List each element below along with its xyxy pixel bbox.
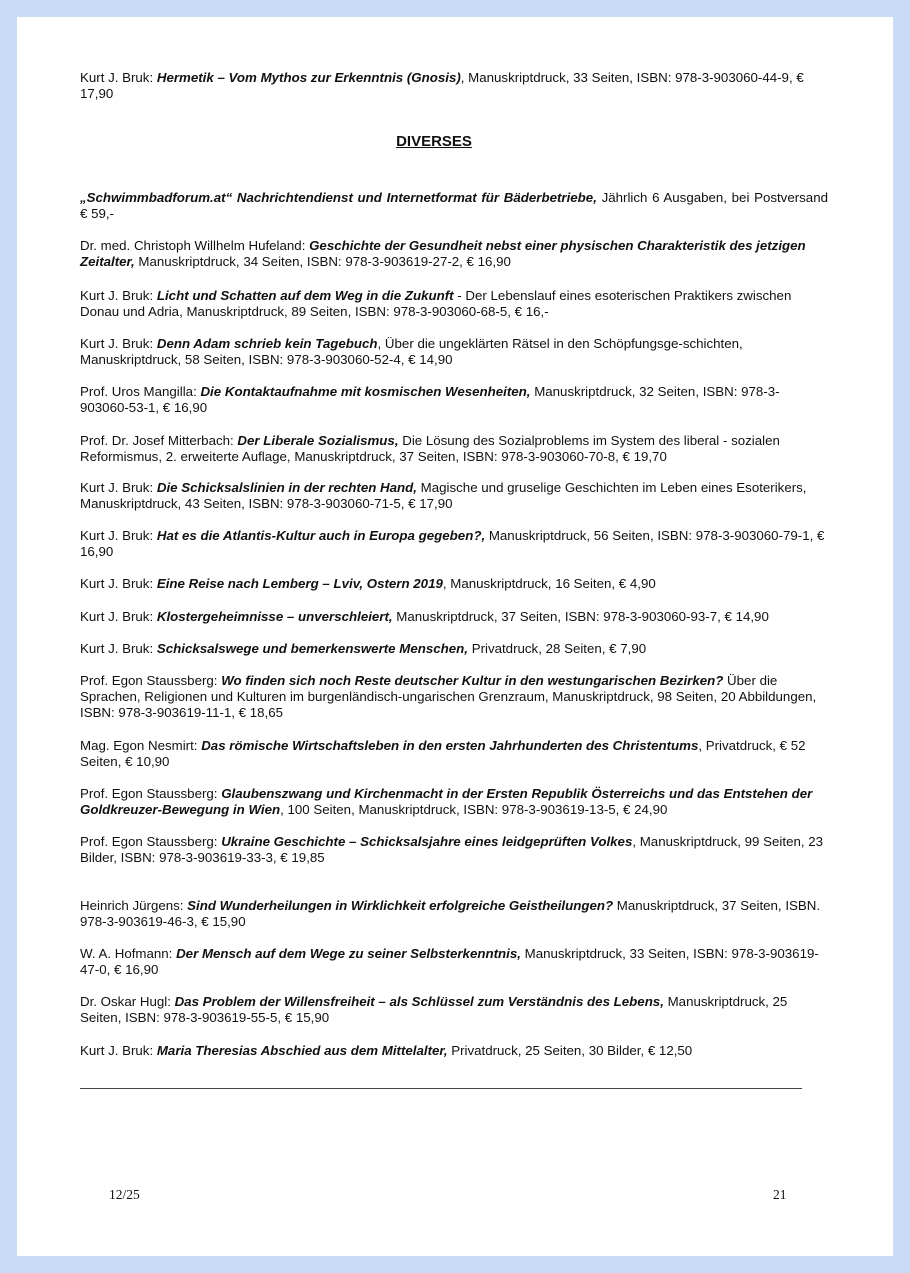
book-entry: Prof. Dr. Josef Mitterbach: Der Liberale… [80, 433, 828, 465]
book-entry-hermetik: Kurt J. Bruk: Hermetik – Vom Mythos zur … [80, 70, 828, 102]
book-entry: „Schwimmbadforum.at“ Nachrichtendienst u… [80, 190, 828, 222]
entry-title: Klostergeheimnisse – unverschleiert, [157, 609, 393, 624]
entry-title: Licht und Schatten auf dem Weg in die Zu… [157, 288, 454, 303]
entry-title: Die Schicksalslinien in der rechten Hand… [157, 480, 417, 495]
entry-title: Eine Reise nach Lemberg – Lviv, Ostern 2… [157, 576, 443, 591]
entry-author: Kurt J. Bruk: [80, 288, 157, 303]
footer-date: 12/25 [109, 1187, 140, 1203]
book-entry: Prof. Egon Staussberg: Ukraine Geschicht… [80, 834, 828, 866]
entry-author: Prof. Dr. Josef Mitterbach: [80, 433, 237, 448]
book-entry: Prof. Egon Staussberg: Wo finden sich no… [80, 673, 828, 721]
book-entry: Kurt J. Bruk: Denn Adam schrieb kein Tag… [80, 336, 828, 368]
entry-author: Dr. Oskar Hugl: [80, 994, 175, 1009]
book-entry: Kurt J. Bruk: Hat es die Atlantis-Kultur… [80, 528, 828, 560]
entry-title: Sind Wunderheilungen in Wirklichkeit erf… [187, 898, 613, 913]
entry-author: Heinrich Jürgens: [80, 898, 187, 913]
entry-author: Prof. Egon Staussberg: [80, 834, 221, 849]
entry-title: Der Mensch auf dem Wege zu seiner Selbst… [176, 946, 521, 961]
entry-title: Schicksalswege und bemerkenswerte Mensch… [157, 641, 468, 656]
entry-details: , Manuskriptdruck, 16 Seiten, € 4,90 [443, 576, 656, 591]
entry-author: W. A. Hofmann: [80, 946, 176, 961]
book-entry: Kurt J. Bruk: Eine Reise nach Lemberg – … [80, 576, 828, 592]
entry-author: Prof. Egon Staussberg: [80, 673, 221, 688]
book-entry: Prof. Egon Staussberg: Glaubenszwang und… [80, 786, 828, 818]
entry-details: Privatdruck, 28 Seiten, € 7,90 [468, 641, 646, 656]
footer-page-number: 21 [773, 1187, 787, 1203]
book-entry: Kurt J. Bruk: Schicksalswege und bemerke… [80, 641, 828, 657]
entry-title: Das römische Wirtschaftsleben in den ers… [201, 738, 698, 753]
entry-title: Das Problem der Willensfreiheit – als Sc… [175, 994, 664, 1009]
entry-author: Kurt J. Bruk: [80, 641, 157, 656]
book-entry: Prof. Uros Mangilla: Die Kontaktaufnahme… [80, 384, 828, 416]
entry-details: Manuskriptdruck, 37 Seiten, ISBN: 978-3-… [393, 609, 769, 624]
book-entry: W. A. Hofmann: Der Mensch auf dem Wege z… [80, 946, 828, 978]
book-entry: Kurt J. Bruk: Maria Theresias Abschied a… [80, 1043, 828, 1059]
entry-author: Kurt J. Bruk: [80, 528, 157, 543]
entry-author: Mag. Egon Nesmirt: [80, 738, 201, 753]
entry-title: Wo finden sich noch Reste deutscher Kult… [221, 673, 723, 688]
entry-author: Kurt J. Bruk: [80, 609, 157, 624]
entry-author: Kurt J. Bruk: [80, 70, 157, 85]
entry-author: Dr. med. Christoph Willhelm Hufeland: [80, 238, 309, 253]
entry-author: Kurt J. Bruk: [80, 576, 157, 591]
book-entry: Mag. Egon Nesmirt: Das römische Wirtscha… [80, 738, 828, 770]
book-entry: Dr. Oskar Hugl: Das Problem der Willensf… [80, 994, 828, 1026]
entry-author: Kurt J. Bruk: [80, 480, 157, 495]
document-page: Kurt J. Bruk: Hermetik – Vom Mythos zur … [17, 17, 893, 1256]
entry-title: Denn Adam schrieb kein Tagebuch [157, 336, 378, 351]
section-heading-diverses: DIVERSES [80, 134, 788, 150]
entry-title: „Schwimmbadforum.at“ Nachrichtendienst u… [80, 190, 597, 205]
book-entry: Dr. med. Christoph Willhelm Hufeland: Ge… [80, 238, 828, 270]
book-entry: Kurt J. Bruk: Klostergeheimnisse – unver… [80, 609, 828, 625]
book-entry: Kurt J. Bruk: Licht und Schatten auf dem… [80, 288, 828, 320]
entry-details: , 100 Seiten, Manuskriptdruck, ISBN: 978… [280, 802, 667, 817]
entry-title: Hermetik – Vom Mythos zur Erkenntnis (Gn… [157, 70, 461, 85]
entry-author: Kurt J. Bruk: [80, 1043, 157, 1058]
entry-details: Privatdruck, 25 Seiten, 30 Bilder, € 12,… [448, 1043, 693, 1058]
entry-author: Prof. Uros Mangilla: [80, 384, 200, 399]
entry-title: Maria Theresias Abschied aus dem Mittela… [157, 1043, 448, 1058]
horizontal-divider [80, 1088, 802, 1089]
entry-details: Manuskriptdruck, 34 Seiten, ISBN: 978-3-… [135, 254, 511, 269]
book-entry: Kurt J. Bruk: Die Schicksalslinien in de… [80, 480, 828, 512]
entry-title: Ukraine Geschichte – Schicksalsjahre ein… [221, 834, 632, 849]
entry-title: Der Liberale Sozialismus, [237, 433, 398, 448]
entry-title: Hat es die Atlantis-Kultur auch in Europ… [157, 528, 485, 543]
entry-author: Kurt J. Bruk: [80, 336, 157, 351]
entry-author: Prof. Egon Staussberg: [80, 786, 221, 801]
book-entry: Heinrich Jürgens: Sind Wunderheilungen i… [80, 898, 828, 930]
entry-title: Die Kontaktaufnahme mit kosmischen Wesen… [200, 384, 530, 399]
